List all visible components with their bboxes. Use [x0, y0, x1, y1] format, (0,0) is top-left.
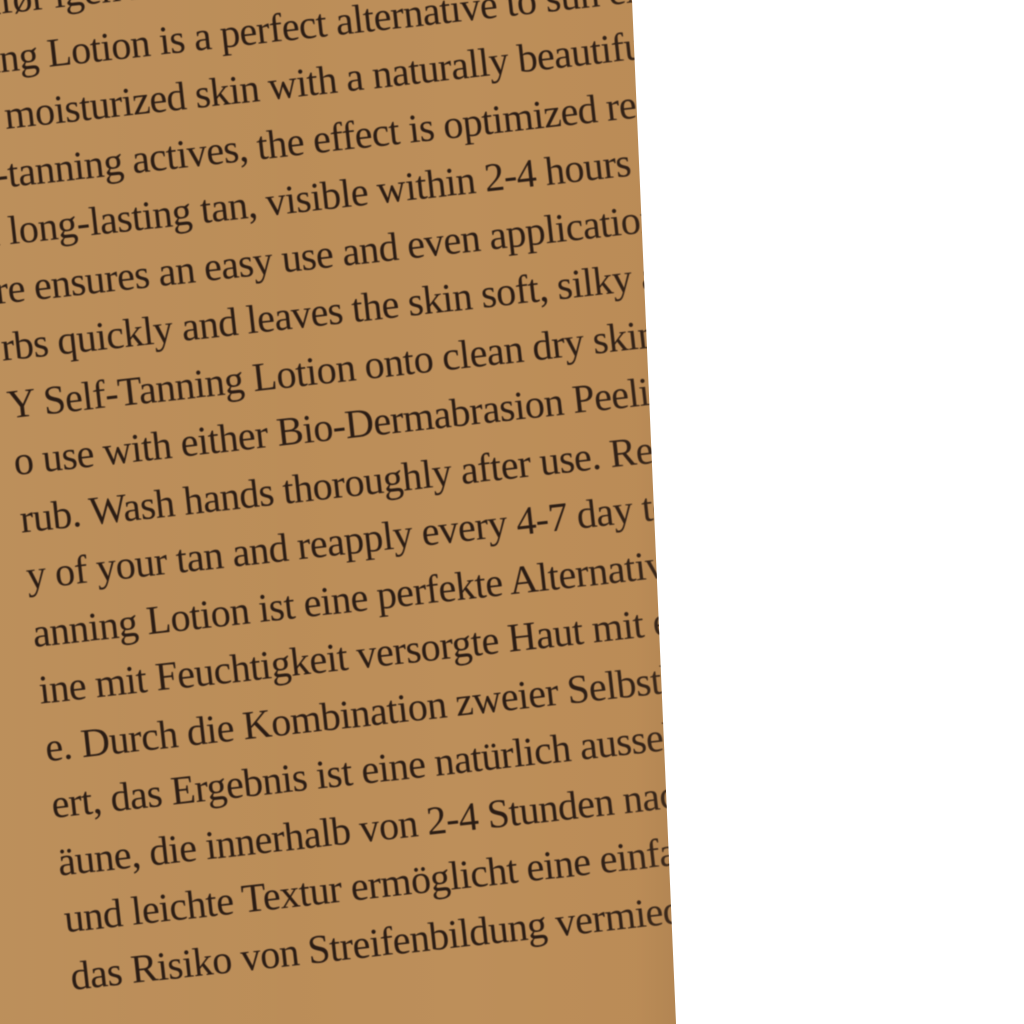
- lotion-tube: påfør igen hver 4.-7. dag for vedligehol…: [0, 0, 1024, 1024]
- printed-instructions: påfør igen hver 4.-7. dag for vedligehol…: [0, 0, 968, 1005]
